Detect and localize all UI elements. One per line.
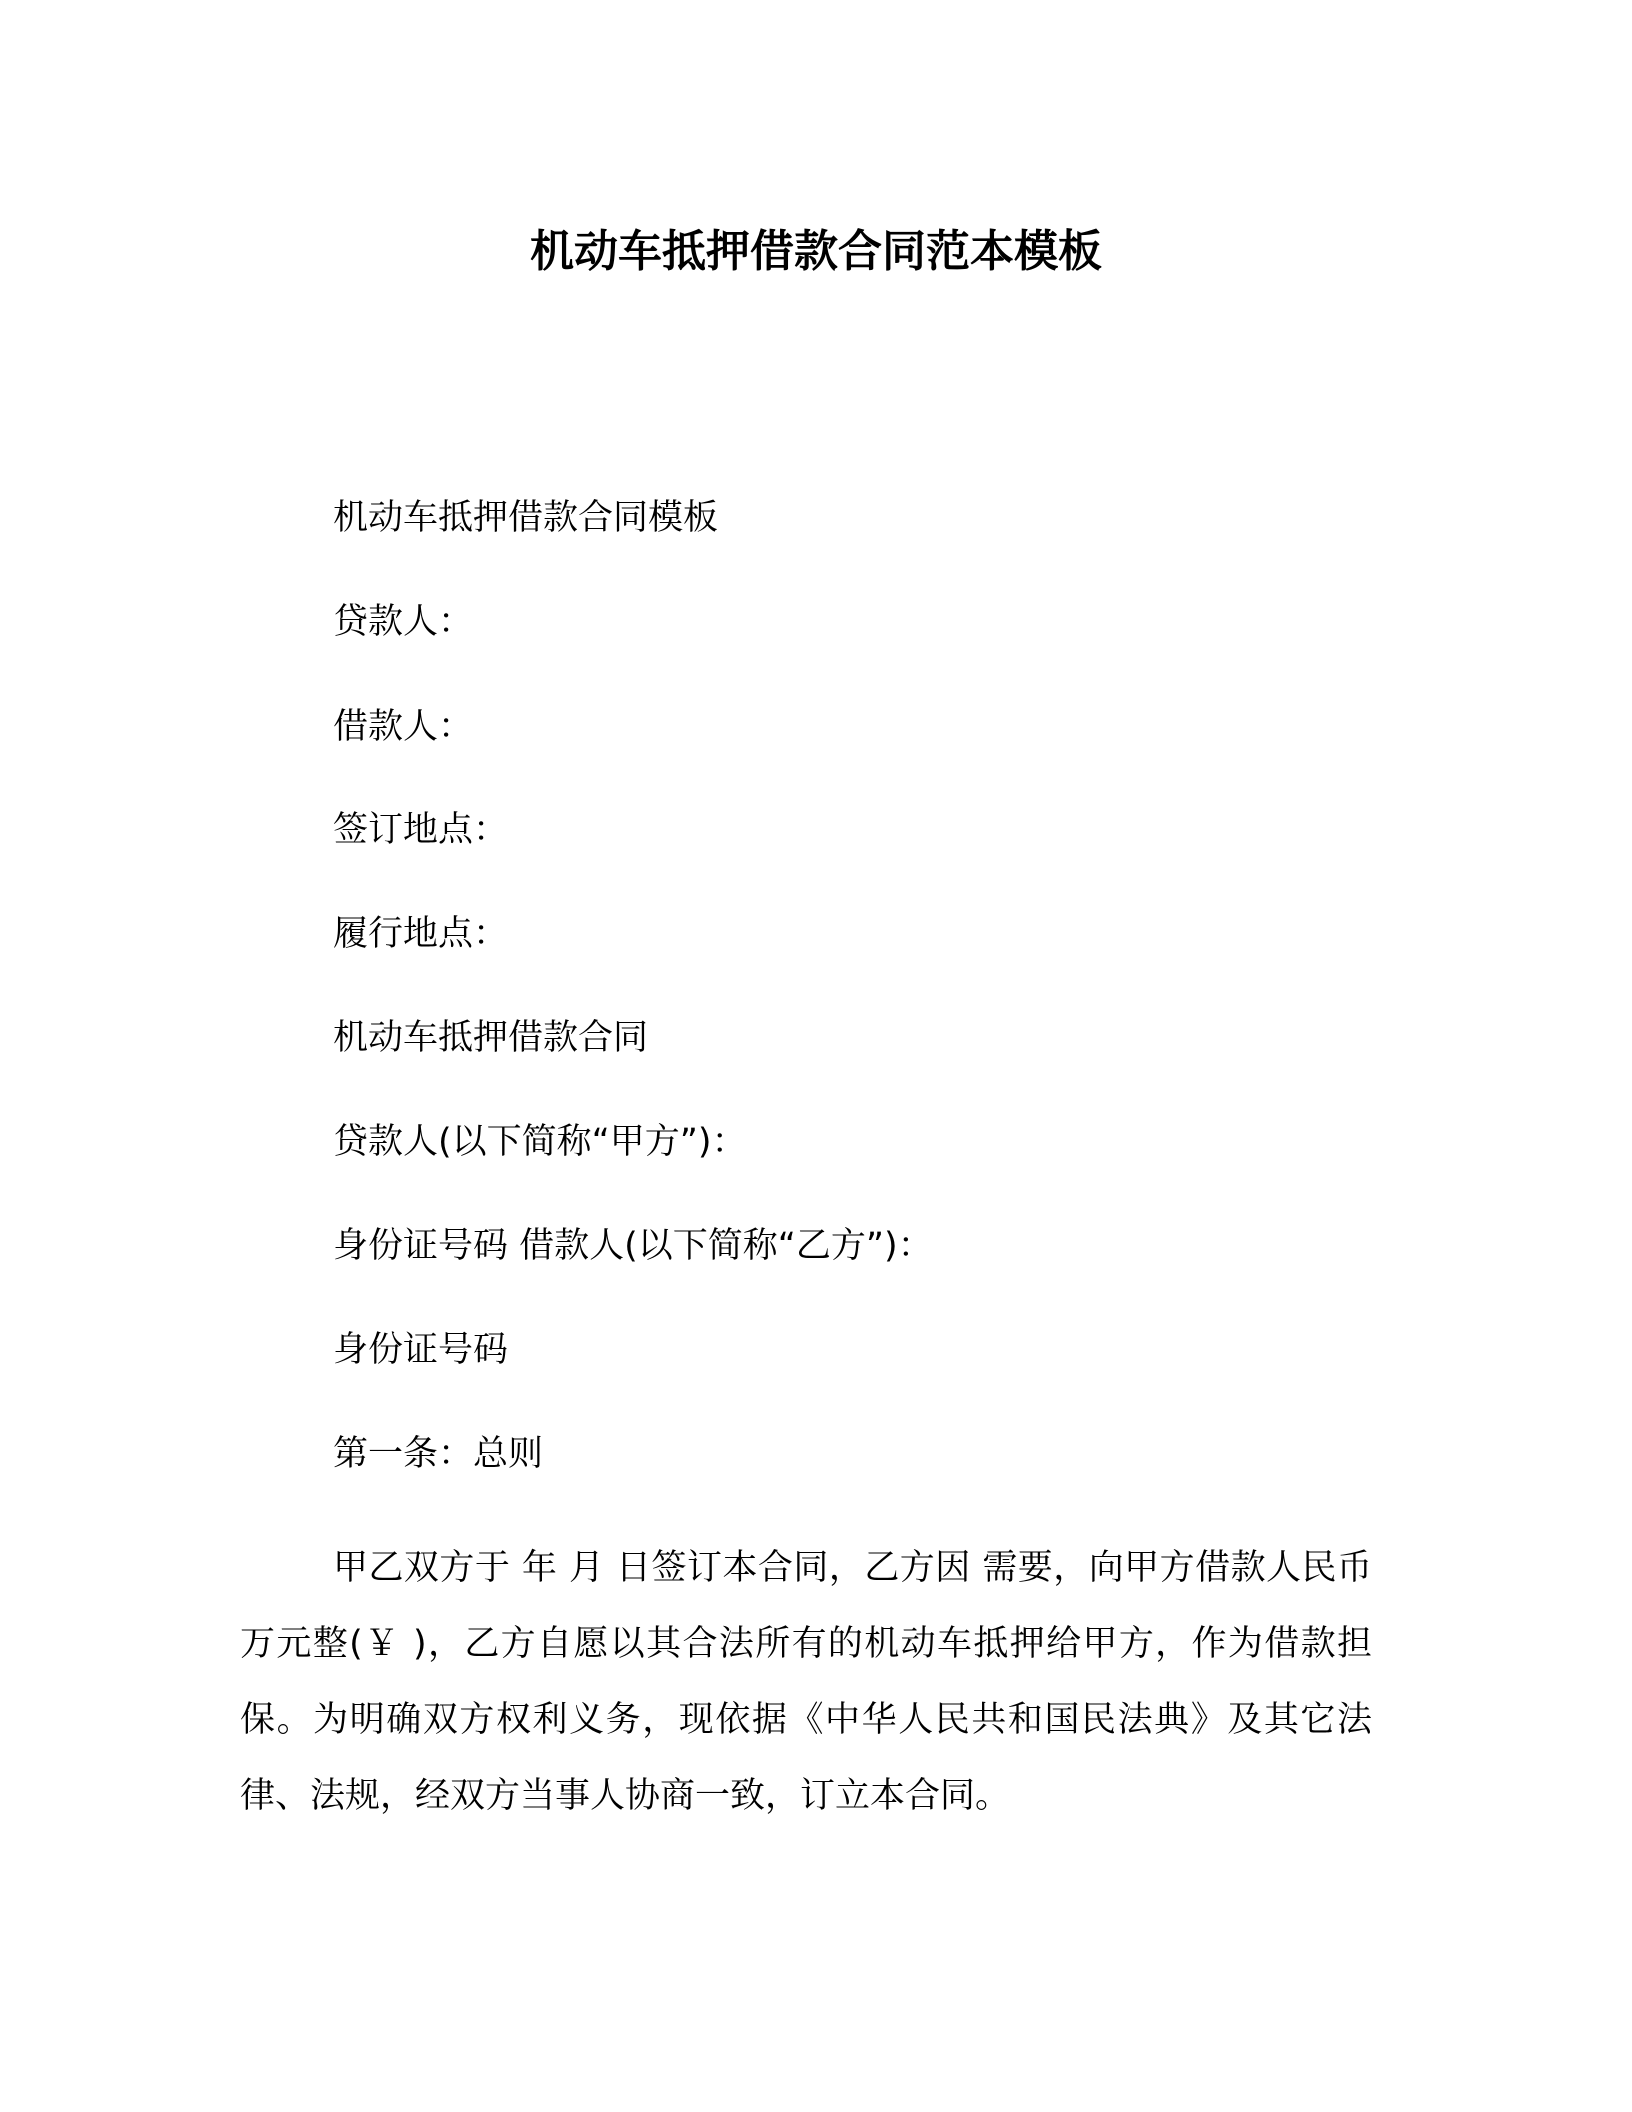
party-b-field: 身份证号码 借款人(以下简称“乙方”)： <box>333 1221 933 1271</box>
borrower-field: 借款人： <box>333 702 473 752</box>
contract-heading: 机动车抵押借款合同 <box>333 1013 648 1063</box>
subtitle-line: 机动车抵押借款合同模板 <box>333 493 718 543</box>
id-number-field: 身份证号码 <box>333 1325 508 1375</box>
general-provisions-paragraph: 甲乙双方于 年 月 日签订本合同，乙方因 需要，向甲方借款人民币 万元整(￥ )… <box>240 1530 1372 1834</box>
signing-location-field: 签订地点： <box>333 805 508 855</box>
article-one-heading: 第一条：总则 <box>333 1429 543 1479</box>
performance-location-field: 履行地点： <box>333 909 508 959</box>
party-a-field: 贷款人(以下简称“甲方”)： <box>333 1117 747 1167</box>
document-page: 机动车抵押借款合同范本模板 机动车抵押借款合同模板 贷款人： 借款人： 签订地点… <box>0 0 1632 2112</box>
lender-field: 贷款人： <box>333 597 473 647</box>
document-title: 机动车抵押借款合同范本模板 <box>0 222 1632 282</box>
